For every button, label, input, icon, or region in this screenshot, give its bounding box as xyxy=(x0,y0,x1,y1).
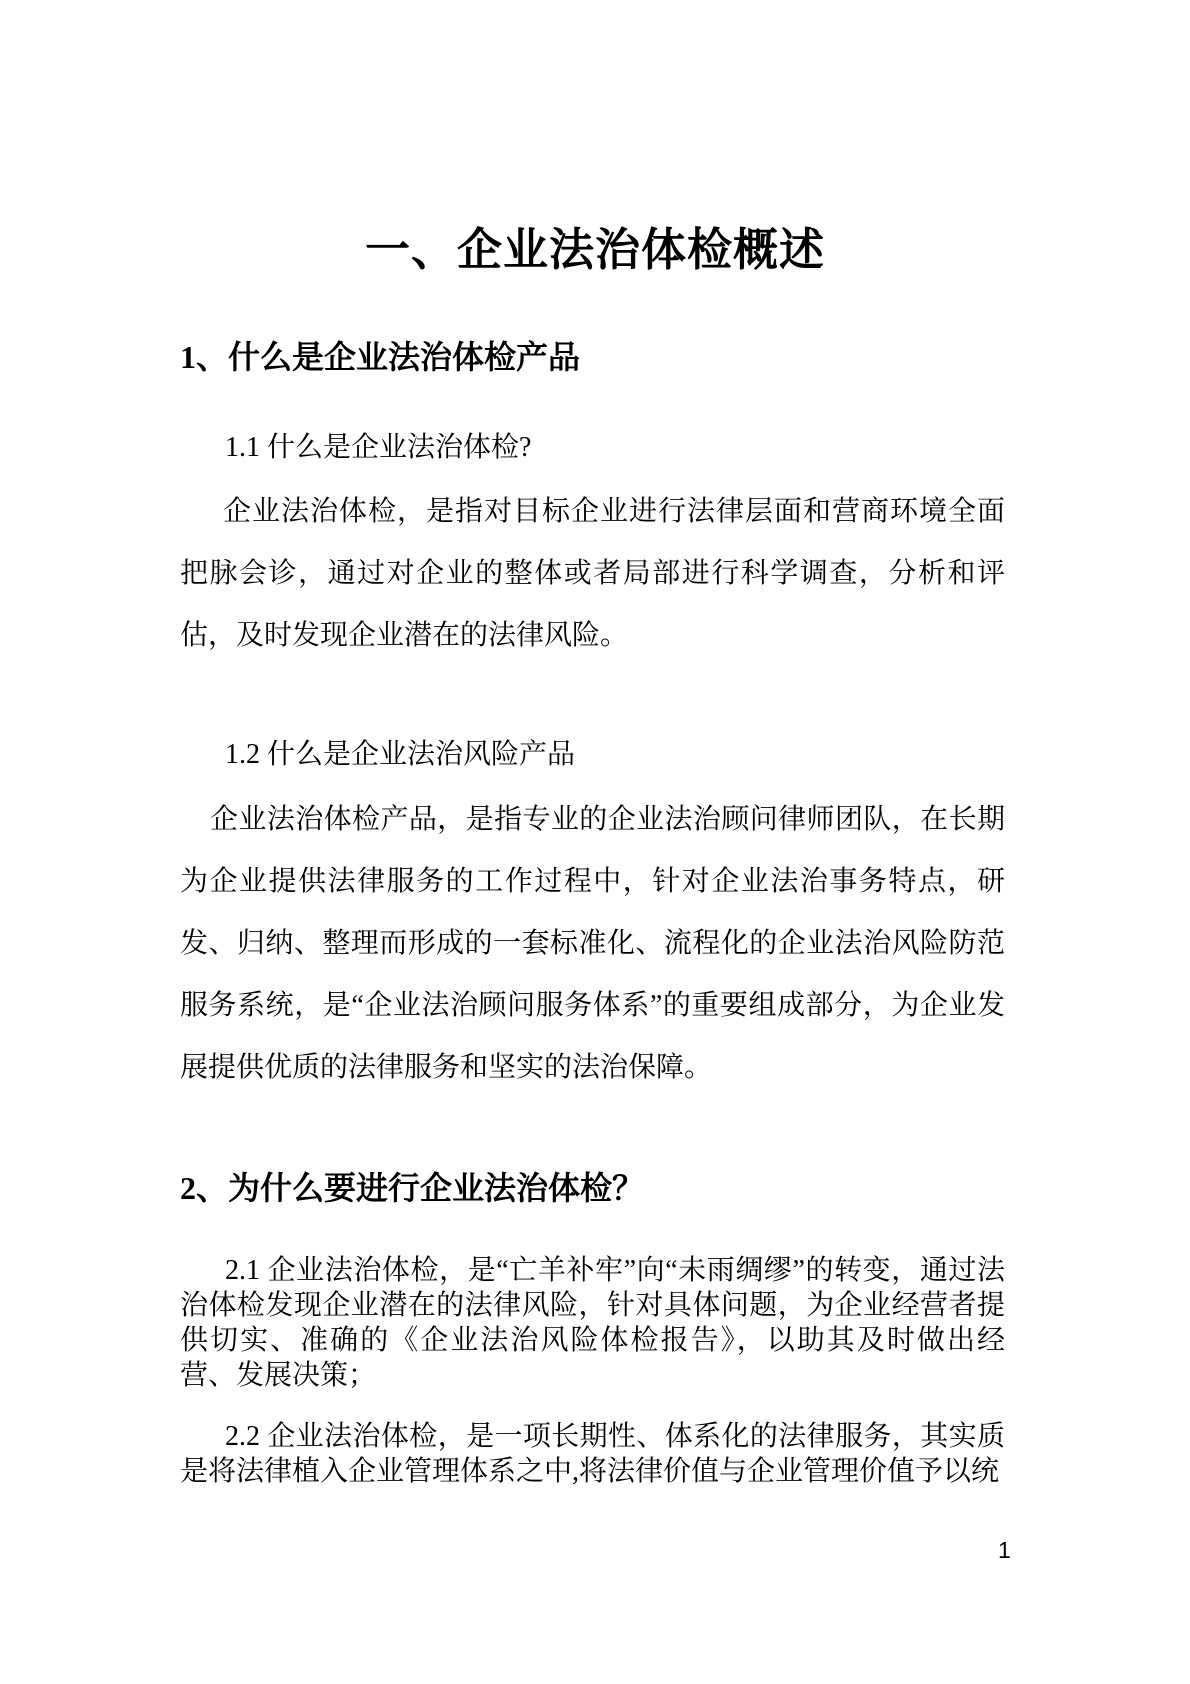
subsection-1-2-paragraph: 企业法治体检产品，是指专业的企业法治顾问律师团队，在长期为企业提供法律服务的工作… xyxy=(180,789,1005,1099)
page-number: 1 xyxy=(998,1536,1011,1564)
section-2-paragraph-2: 2.2 企业法治体检，是一项长期性、体系化的法律服务，其实质是将法律植入企业管理… xyxy=(180,1419,1005,1489)
document-page: 一、企业法治体检概述 1、什么是企业法治体检产品 1.1 什么是企业法治体检? … xyxy=(0,0,1190,1684)
section-1-heading: 1、什么是企业法治体检产品 xyxy=(180,336,1005,378)
section-2-paragraph-1: 2.1 企业法治体检，是“亡羊补牢”向“未雨绸缪”的转变，通过法治体检发现企业潜… xyxy=(180,1253,1005,1393)
subsection-1-1-paragraph: 企业法治体检，是指对目标企业进行法律层面和营商环境全面把脉会诊，通过对企业的整体… xyxy=(180,481,1005,667)
subsection-1-1-label: 1.1 什么是企业法治体检? xyxy=(180,430,1005,466)
subsection-1-2-label: 1.2 什么是企业法治风险产品 xyxy=(180,737,1005,773)
document-title: 一、企业法治体检概述 xyxy=(0,222,1190,278)
section-2-heading: 2、为什么要进行企业法治体检？ xyxy=(180,1167,1005,1209)
